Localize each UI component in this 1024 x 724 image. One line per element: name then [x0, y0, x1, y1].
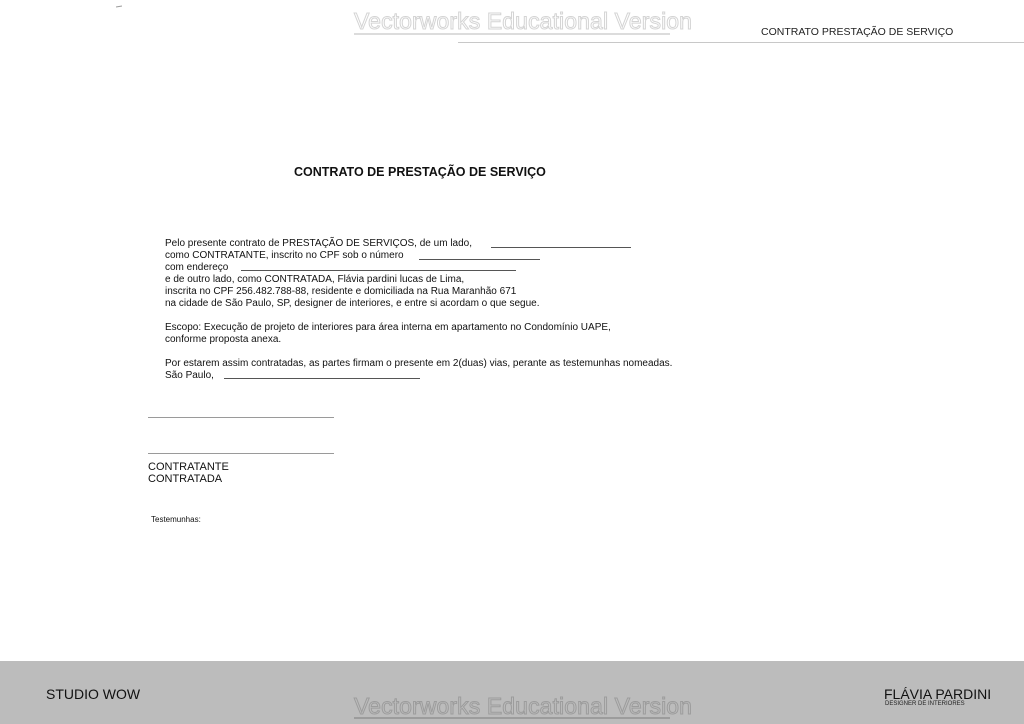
paragraph1-line4: e de outro lado, como CONTRATADA, Flávia… [165, 274, 464, 286]
paragraph1-line3: com endereço [165, 262, 228, 274]
paragraph3-line2: São Paulo, [165, 370, 214, 382]
footer-designer-role: DESIGNER DE INTERIORES [885, 701, 965, 708]
paragraph2-line2: conforme proposta anexa. [165, 334, 281, 346]
signature-label-contratante: CONTRATANTE [148, 461, 229, 473]
paragraph1-line2: como CONTRATANTE, inscrito no CPF sob o … [165, 250, 404, 262]
paragraph1-line5: inscrita no CPF 256.482.788-88, resident… [165, 286, 516, 298]
date-blank [224, 378, 420, 379]
footer-studio-name: STUDIO WOW [46, 686, 140, 702]
watermark-top: Vectorworks Educational Version [354, 8, 692, 34]
header-rule [458, 42, 1024, 43]
stray-mark [116, 5, 122, 7]
watermark-bottom-underline [354, 717, 670, 719]
watermark-bottom: Vectorworks Educational Version [354, 693, 692, 719]
document-title: CONTRATO DE PRESTAÇÃO DE SERVIÇO [294, 165, 546, 180]
signature-line-contratada [148, 453, 334, 454]
contratante-name-blank [491, 247, 631, 248]
paragraph1-line1: Pelo presente contrato de PRESTAÇÃO DE S… [165, 238, 472, 250]
contratante-cpf-blank [419, 259, 540, 260]
paragraph1-line6: na cidade de São Paulo, SP, designer de … [165, 298, 540, 310]
signature-line-contratante [148, 417, 334, 418]
paragraph2-line1: Escopo: Execução de projeto de interiore… [165, 322, 611, 334]
footer-designer-name: FLÁVIA PARDINI [884, 686, 991, 702]
contratante-address-blank [241, 270, 516, 271]
watermark-top-underline [354, 33, 670, 35]
signature-label-contratada: CONTRATADA [148, 473, 222, 485]
paragraph3-line1: Por estarem assim contratadas, as partes… [165, 358, 672, 370]
witnesses-label: Testemunhas: [151, 515, 201, 525]
header-title: CONTRATO PRESTAÇÃO DE SERVIÇO [761, 26, 953, 39]
